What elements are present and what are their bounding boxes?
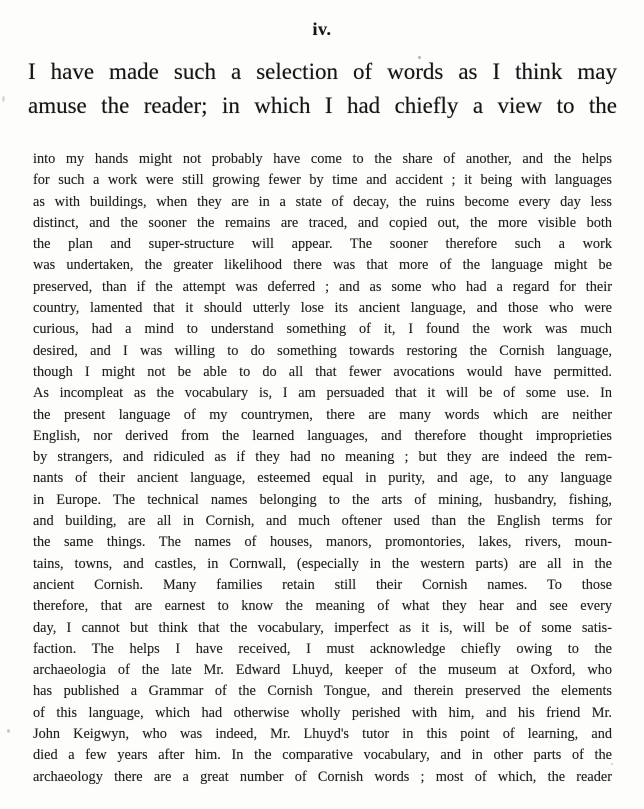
text-line: John Keigwyn, who was indeed, Mr. Lhuyd'… <box>33 724 612 745</box>
text-line: faction. The helps I have received, I mu… <box>33 639 612 660</box>
text-line: as with buildings, when they are in a st… <box>33 192 612 213</box>
text-line: of this language, which had otherwise wh… <box>33 703 612 724</box>
text-line: the plan and super-structure will appear… <box>33 234 612 255</box>
text-line: the present language of my countrymen, t… <box>33 405 612 426</box>
scan-speck <box>418 56 421 59</box>
text-line: preserved, than if the attempt was defer… <box>33 277 612 298</box>
scan-speck <box>536 172 538 174</box>
text-line: was undertaken, the greater likelihood t… <box>33 255 612 276</box>
scanned-book-page: iv. I have made such a selection of word… <box>0 0 644 809</box>
text-line: desired, and I was willing to do somethi… <box>33 341 612 362</box>
text-line: curious, had a mind to understand someth… <box>33 319 612 340</box>
text-line: died a few years after him. In the compa… <box>33 745 612 766</box>
text-line: into my hands might not probably have co… <box>33 149 612 170</box>
text-line: therefore, that are earnest to know the … <box>33 596 612 617</box>
text-line: the same things. The names of houses, ma… <box>33 532 612 553</box>
text-line: ancient Cornish. Many families retain st… <box>33 575 612 596</box>
text-line: day, I cannot but think that the vocabul… <box>33 618 612 639</box>
text-line: by strangers, and ridiculed as if they h… <box>33 447 612 468</box>
page-number: iv. <box>0 19 644 40</box>
text-line: I have made such a selection of words as… <box>28 55 617 89</box>
text-line: archaeologia of the late Mr. Edward Lhuy… <box>33 660 612 681</box>
scan-speck <box>7 729 10 733</box>
text-line: English, nor derived from the learned la… <box>33 426 612 447</box>
text-line: nants of their ancient language, esteeme… <box>33 468 612 489</box>
body-paragraph: into my hands might not probably have co… <box>33 149 612 788</box>
text-line: As incompleat as the vocabulary is, I am… <box>33 383 612 404</box>
scan-speck <box>2 96 5 102</box>
text-line: country, lamented that it should utterly… <box>33 298 612 319</box>
scan-speck <box>611 763 613 765</box>
text-line: distinct, and the sooner the remains are… <box>33 213 612 234</box>
text-line: tains, towns, and castles, in Cornwall, … <box>33 554 612 575</box>
heading-paragraph: I have made such a selection of words as… <box>28 55 617 123</box>
text-line: and building, are all in Cornish, and mu… <box>33 511 612 532</box>
text-line: in Europe. The technical names belonging… <box>33 490 612 511</box>
text-line: amuse the reader; in which I had chiefly… <box>28 89 617 123</box>
text-line: archaeology there are a great number of … <box>33 767 612 788</box>
text-line: though I might not be able to do all tha… <box>33 362 612 383</box>
text-line: for such a work were still growing fewer… <box>33 170 612 191</box>
text-line: has published a Grammar of the Cornish T… <box>33 681 612 702</box>
